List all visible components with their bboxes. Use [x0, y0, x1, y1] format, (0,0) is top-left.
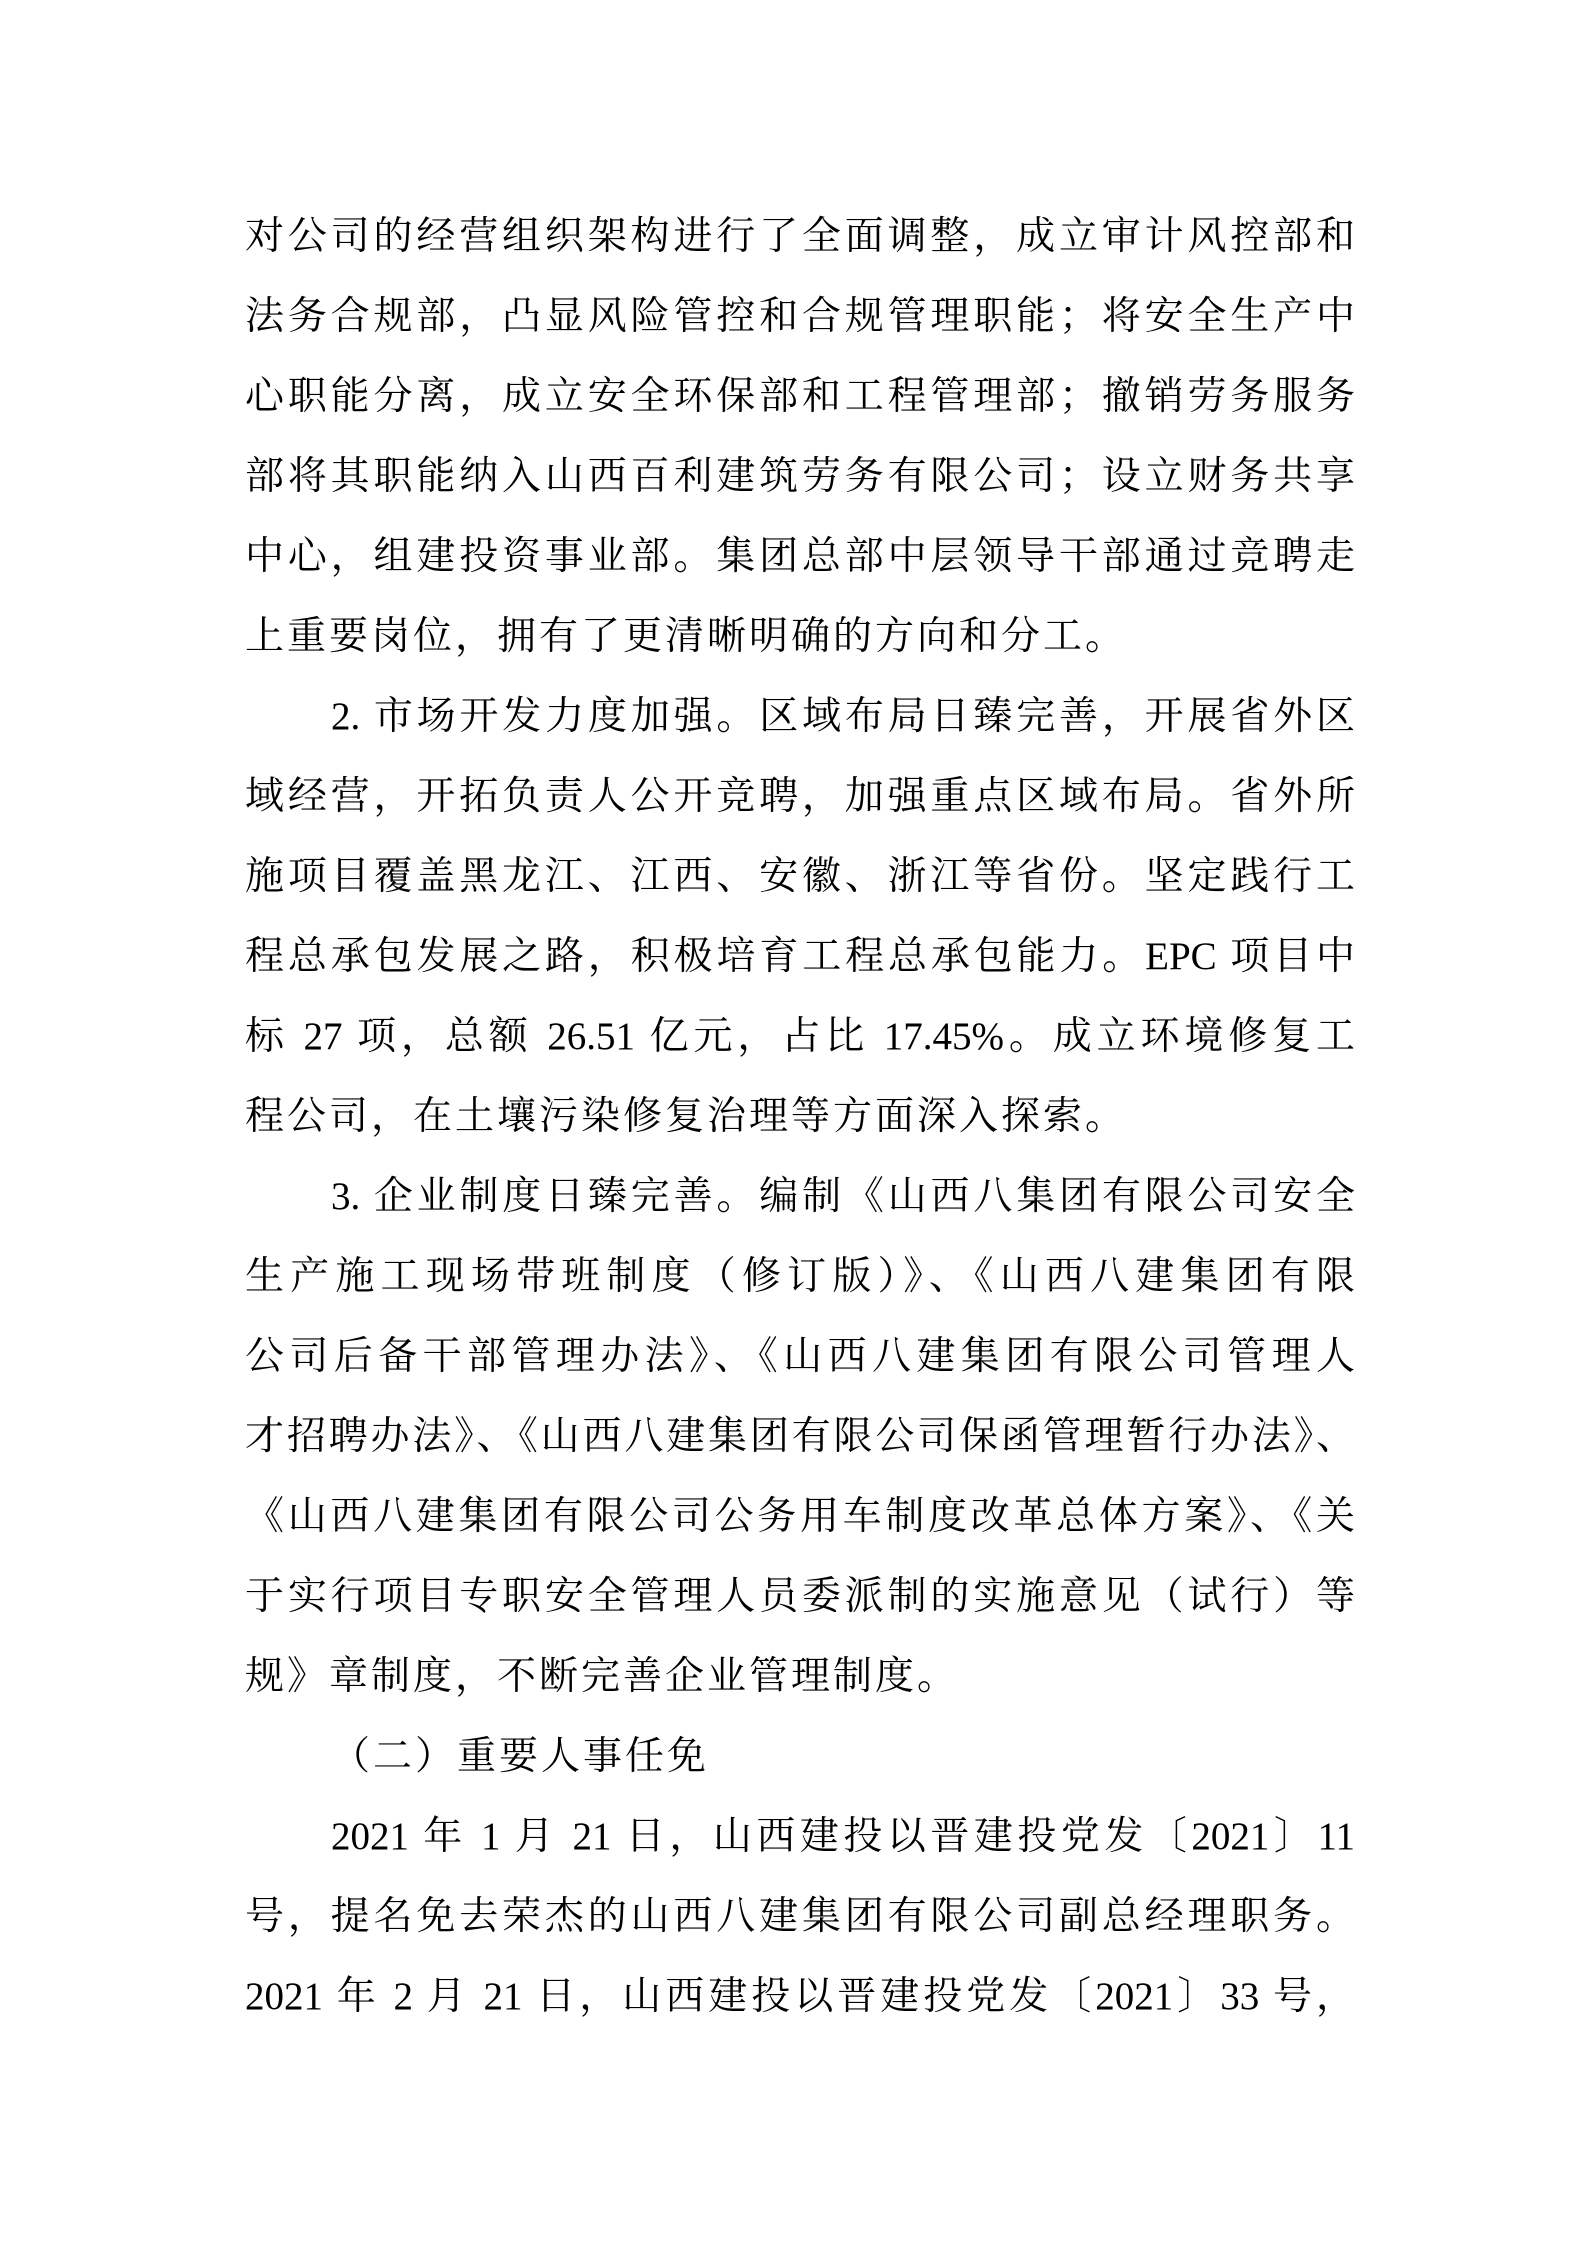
text-line: 部将其职能纳入山西百利建筑劳务有限公司；设立财务共享 [245, 437, 1355, 517]
text-line: 法务合规部，凸显风险管控和合规管理职能；将安全生产中 [245, 277, 1355, 357]
text-line: 心职能分离，成立安全环保部和工程管理部；撤销劳务服务 [245, 357, 1355, 437]
text-line: 生产施工现场带班制度（修订版）》、《山西八建集团有限 [245, 1237, 1355, 1317]
text-line: 号，提名免去荣杰的山西八建集团有限公司副总经理职务。 [245, 1877, 1355, 1957]
text-line: 2021 年 1 月 21 日，山西建投以晋建投党发〔2021〕11 [245, 1797, 1355, 1877]
text-line: 公司后备干部管理办法》、《山西八建集团有限公司管理人 [245, 1317, 1355, 1397]
text-line: 规》章制度，不断完善企业管理制度。 [245, 1637, 1355, 1717]
text-line: 上重要岗位，拥有了更清晰明确的方向和分工。 [245, 597, 1355, 677]
document-body: 对公司的经营组织架构进行了全面调整，成立审计风控部和法务合规部，凸显风险管控和合… [245, 197, 1355, 2037]
text-line: 施项目覆盖黑龙江、江西、安徽、浙江等省份。坚定践行工 [245, 837, 1355, 917]
text-line: 程公司，在土壤污染修复治理等方面深入探索。 [245, 1077, 1355, 1157]
text-line: 程总承包发展之路，积极培育工程总承包能力。EPC 项目中 [245, 917, 1355, 997]
document-page: 对公司的经营组织架构进行了全面调整，成立审计风控部和法务合规部，凸显风险管控和合… [0, 0, 1587, 2245]
text-line: 《山西八建集团有限公司公务用车制度改革总体方案》、《关 [245, 1477, 1355, 1557]
text-line: 域经营，开拓负责人公开竞聘，加强重点区域布局。省外所 [245, 757, 1355, 837]
text-line: 2. 市场开发力度加强。区域布局日臻完善，开展省外区 [245, 677, 1355, 757]
text-line: （二）重要人事任免 [245, 1717, 1355, 1797]
text-line: 中心，组建投资事业部。集团总部中层领导干部通过竞聘走 [245, 517, 1355, 597]
text-line: 于实行项目专职安全管理人员委派制的实施意见（试行）等 [245, 1557, 1355, 1637]
text-line: 3. 企业制度日臻完善。编制《山西八集团有限公司安全 [245, 1157, 1355, 1237]
text-line: 对公司的经营组织架构进行了全面调整，成立审计风控部和 [245, 197, 1355, 277]
text-line: 才招聘办法》、《山西八建集团有限公司保函管理暂行办法》、 [245, 1397, 1355, 1477]
text-line: 2021 年 2 月 21 日，山西建投以晋建投党发〔2021〕33 号， [245, 1957, 1355, 2037]
text-line: 标 27 项，总额 26.51 亿元，占比 17.45%。成立环境修复工 [245, 997, 1355, 1077]
